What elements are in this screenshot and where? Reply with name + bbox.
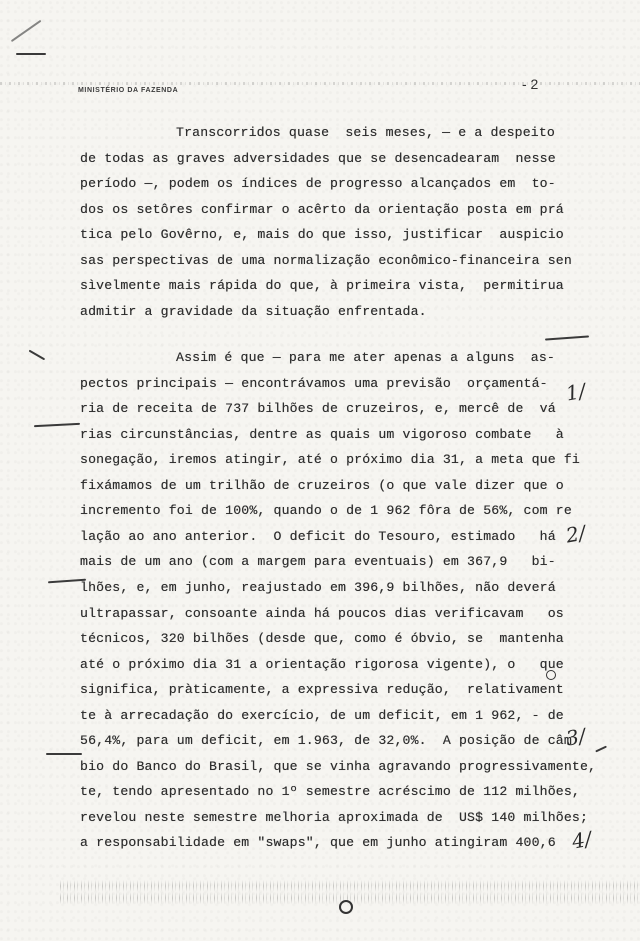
margin-line — [545, 335, 589, 340]
punch-mark — [546, 670, 556, 680]
text-line: admitir a gravidade da situação enfrenta… — [80, 304, 427, 319]
pen-mark — [11, 20, 41, 42]
text-line: até o próximo dia 31 a orientação rigoro… — [80, 657, 564, 672]
text-line: significa, pràticamente, a expressiva re… — [80, 682, 564, 697]
text-line: sas perspectivas de uma normalização eco… — [80, 253, 572, 268]
text-line: 56,4%, para um deficit, em 1.963, de 32,… — [80, 733, 572, 748]
margin-tick — [29, 350, 45, 360]
text-line: mais de um ano (com a margem para eventu… — [80, 554, 556, 569]
text-line: tica pelo Govêrno, e, mais do que isso, … — [80, 227, 564, 242]
scan-noise — [60, 880, 640, 910]
scan-noise — [0, 82, 640, 85]
text-line: lhões, e, em junho, reajustado em 396,9 … — [80, 580, 556, 595]
text-line: pectos principais — encontrávamos uma pr… — [80, 376, 548, 391]
ministry-header: MINISTÉRIO DA FAZENDA — [78, 87, 178, 94]
text-line: Assim é que — para me ater apenas a algu… — [176, 350, 555, 365]
margin-line — [34, 423, 80, 427]
text-line: técnicos, 320 bilhões (desde que, como é… — [80, 631, 564, 646]
annotation-4: 4/ — [570, 826, 593, 853]
annotation-2: 2/ — [564, 520, 587, 547]
text-line: dos os setôres confirmar o acêrto da ori… — [80, 202, 564, 217]
annotation-3: 3/ — [564, 723, 587, 750]
text-line: de todas as graves adversidades que se d… — [80, 151, 556, 166]
text-line: rias circunstâncias, dentre as quais um … — [80, 427, 564, 442]
text-line: incremento foi de 100%, quando o de 1 96… — [80, 503, 572, 518]
text-line: te à arrecadação do exercício, de um def… — [80, 708, 564, 723]
annotation-1: 1/ — [564, 378, 587, 405]
text-line: a responsabilidade em "swaps", que em ju… — [80, 835, 556, 850]
text-line: te, tendo apresentado no 1º semestre acr… — [80, 784, 580, 799]
text-line: ria de receita de 737 bilhões de cruzeir… — [80, 401, 556, 416]
text-line: sonegação, iremos atingir, até o próximo… — [80, 452, 580, 467]
text-line: revelou neste semestre melhoria aproxima… — [80, 810, 588, 825]
page-number: - 2 — [522, 76, 538, 92]
text-line: bio do Banco do Brasil, que se vinha agr… — [80, 759, 596, 774]
text-line: período —, podem os índices de progresso… — [80, 176, 556, 191]
text-line: ultrapassar, consoante ainda há poucos d… — [80, 606, 564, 621]
margin-line — [46, 753, 82, 755]
text-line: sìvelmente mais rápida do que, à primeir… — [80, 278, 564, 293]
text-line: Transcorridos quase seis meses, — e a de… — [176, 125, 555, 140]
scanned-document-page: MINISTÉRIO DA FAZENDA - 2 Transcorridos … — [0, 0, 640, 941]
text-line: lação ao ano anterior. O deficit do Teso… — [80, 529, 556, 544]
margin-tick — [595, 746, 607, 753]
pen-mark — [16, 53, 46, 55]
text-line: fixámamos de um trilhão de cruzeiros (o … — [80, 478, 564, 493]
